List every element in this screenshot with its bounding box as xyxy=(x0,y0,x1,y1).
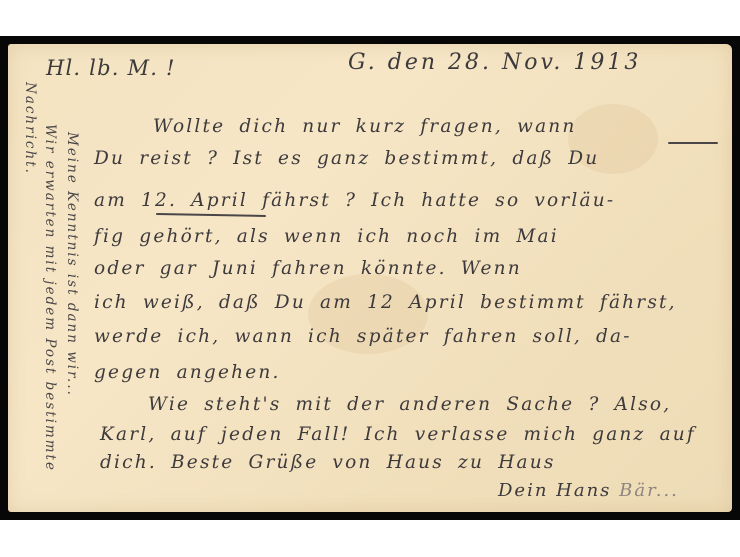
letter-line: gegen angehen. xyxy=(94,362,281,383)
letter-line: ich weiß, daß Du am 12 April bestimmt fä… xyxy=(94,292,677,313)
letter-line: Wollte dich nur kurz fragen, wann xyxy=(153,116,577,137)
signature-surname: Bär... xyxy=(619,480,679,501)
margin-note: Wir erwarten mit jedem Post bestimmte xyxy=(42,124,58,472)
signature-name: Dein Hans xyxy=(498,480,611,501)
letter-line: werde ich, wann ich später fahren soll, … xyxy=(94,326,632,347)
signature: Dein Hans Bär... xyxy=(498,480,679,501)
letter-line: Wie steht's mit der anderen Sache ? Also… xyxy=(148,394,671,415)
underline-stroke xyxy=(668,142,718,144)
margin-note: Meine Kenntnis ist dann wir... xyxy=(64,132,80,397)
letter-line: oder gar Juni fahren könnte. Wenn xyxy=(94,258,522,279)
postcard: Hl. lb. M. ! G. den 28. Nov. 1913 Wollte… xyxy=(8,44,732,512)
letter-line: fig gehört, als wenn ich noch im Mai xyxy=(94,226,559,247)
letter-line: am 12. April fährst ? Ich hatte so vorlä… xyxy=(94,190,615,211)
margin-note: Nachricht. xyxy=(22,82,38,175)
letter-line: dich. Beste Grüße von Haus zu Haus xyxy=(100,452,556,473)
underline-stroke xyxy=(156,213,266,217)
letter-line: Du reist ? Ist es ganz bestimmt, daß Du xyxy=(94,148,599,169)
dateline: G. den 28. Nov. 1913 xyxy=(348,50,641,75)
salutation: Hl. lb. M. ! xyxy=(46,56,176,80)
letter-line: Karl, auf jeden Fall! Ich verlasse mich … xyxy=(100,424,696,445)
